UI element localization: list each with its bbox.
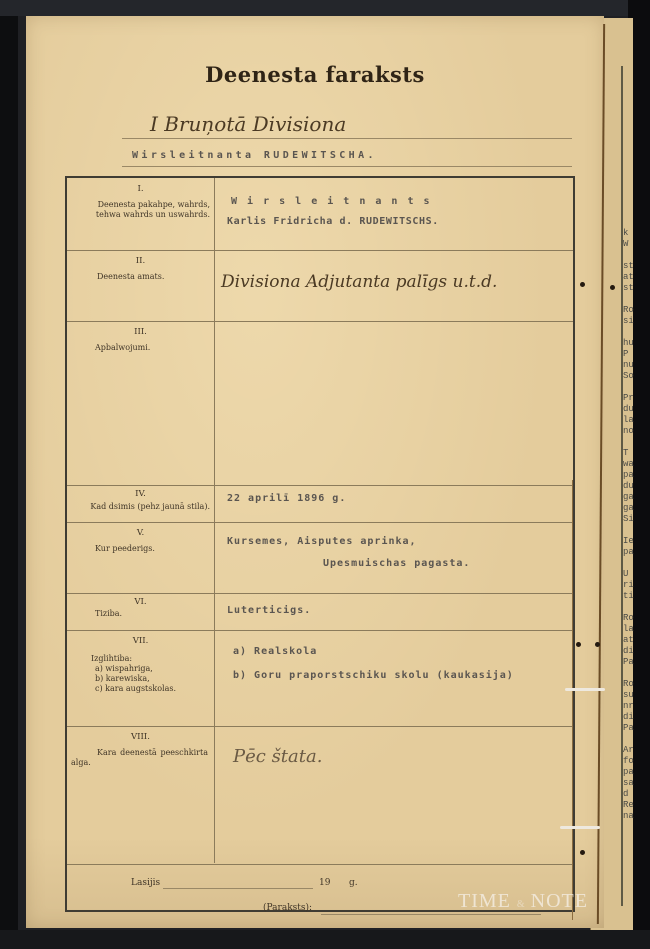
binding-hole [580, 282, 585, 287]
row-value: Pēc štata. [215, 726, 573, 864]
row-label: VIII. Kara deenestā peeschkirta alga. [67, 726, 214, 864]
row-label: VII. Izglihtiba: a) wispahriga, b) karew… [67, 630, 214, 726]
full-name-typed: Karlis Fridricha d. RUDEWITSCHS. [227, 216, 439, 227]
unit-underline [122, 138, 572, 139]
education-b-typed: b) Goru praporstschiku skolu (kaukasija) [233, 670, 514, 681]
binding-hole [576, 642, 581, 647]
form-row-2: II. Deenesta amats. Divisiona Adjutanta … [67, 250, 573, 322]
domicile-line-1-typed: Kursemes, Aisputes aprinka, [227, 536, 417, 547]
year-suffix: g. [349, 878, 358, 888]
row-label: V. Kur peederigs. [67, 522, 214, 593]
row-label-text: Kara deenestā peeschkirta alga. [67, 742, 214, 768]
binding-hole [580, 850, 585, 855]
row-label: II. Deenesta amats. [67, 250, 214, 321]
birth-date-typed: 22 aprilī 1896 g. [227, 493, 346, 504]
education-sub-label-a: a) wispahriga, [67, 664, 214, 674]
document-title: Deenesta faraksts [26, 62, 604, 87]
row-label-text: Deenesta pakahpe, wahrds, tehwa wahrds u… [67, 194, 214, 220]
signature-label: (Paraksts): [263, 903, 312, 913]
rank-typed: W i r s l e i t n a n t s [231, 196, 432, 207]
binding-thread [560, 826, 600, 829]
row-value: a) Realskola b) Goru praporstschiku skol… [215, 630, 573, 726]
row-value: Divisiona Adjutanta palīgs u.t.d. [215, 250, 573, 321]
row-label-text: Kad dsimis (pehz jaunā stila). [67, 499, 214, 512]
row-number: V. [67, 528, 214, 538]
education-sub-label-c: c) kara augstskolas. [67, 684, 214, 694]
domicile-line-2-typed: Upesmuischas pagasta. [323, 558, 470, 569]
position-handwritten: Divisiona Adjutanta palīgs u.t.d. [221, 272, 497, 292]
row-number: VI. [67, 597, 214, 607]
form-row-3: III. Apbalwojumi. [67, 321, 573, 486]
row-value: Luterticigs. [215, 593, 573, 630]
row-label: IV. Kad dsimis (pehz jaunā stila). [67, 485, 214, 522]
service-record-form: I. Deenesta pakahpe, wahrds, tehwa wahrd… [65, 176, 575, 912]
row-number: II. [67, 256, 214, 266]
row-number: IV. [67, 489, 214, 499]
row-label-text: Deenesta amats. [67, 266, 214, 282]
binding-thread [565, 688, 605, 691]
watermark-sep: & [517, 899, 525, 910]
form-row-5: V. Kur peederigs. Kursemes, Aisputes apr… [67, 522, 573, 594]
page-fold-line [572, 480, 573, 920]
row-label-text: Kur peederigs. [67, 538, 214, 554]
scan-left-edge [0, 0, 18, 949]
form-row-6: VI. Tiziba. Luterticigs. [67, 593, 573, 631]
read-line [163, 888, 313, 889]
salary-handwritten: Pēc štata. [233, 746, 322, 767]
underlying-page-typed-text: k W st at st Ro si hu P nu So Pr du la n… [623, 228, 637, 822]
form-row-7: VII. Izglihtiba: a) wispahriga, b) karew… [67, 630, 573, 727]
row-label-text: Apbalwojumi. [67, 337, 214, 353]
row-number: I. [67, 184, 214, 194]
religion-typed: Luterticigs. [227, 605, 311, 616]
form-row-1: I. Deenesta pakahpe, wahrds, tehwa wahrd… [67, 178, 573, 251]
subject-line: Wirsleitnanta RUDEWITSCHA. [132, 150, 377, 161]
watermark-left: TIME [458, 890, 511, 912]
row-value: Kursemes, Aisputes aprinka, Upesmuischas… [215, 522, 573, 593]
subject-underline [122, 166, 572, 167]
education-a-typed: a) Realskola [233, 646, 317, 657]
scan-bottom-edge [0, 930, 650, 949]
row-label: III. Apbalwojumi. [67, 321, 214, 485]
watermark-right: NOTE [531, 890, 588, 912]
scan-top-edge [0, 0, 650, 16]
row-value: W i r s l e i t n a n t s Karlis Fridric… [215, 178, 573, 250]
row-number: VIII. [67, 732, 214, 742]
unit-handwritten: I Bruņotā Divisiona [150, 112, 346, 136]
row-number: VII. [67, 636, 214, 646]
row-label-text: Izglihtiba: [67, 646, 214, 664]
binding-hole [610, 285, 615, 290]
read-label: Lasijis [131, 878, 160, 888]
row-value: 22 aprilī 1896 g. [215, 485, 573, 522]
row-label: VI. Tiziba. [67, 593, 214, 630]
signature-line [321, 914, 541, 915]
binding-hole [595, 642, 600, 647]
row-number: III. [67, 327, 214, 337]
education-sub-label-b: b) karewiska, [67, 674, 214, 684]
row-value-empty [215, 321, 573, 485]
document-page: Deenesta faraksts I Bruņotā Divisiona Wi… [26, 16, 604, 928]
row-label-text: Tiziba. [67, 607, 214, 619]
year-prefix: 19 [319, 878, 330, 888]
form-row-4: IV. Kad dsimis (pehz jaunā stila). 22 ap… [67, 485, 573, 523]
row-label: I. Deenesta pakahpe, wahrds, tehwa wahrd… [67, 178, 214, 250]
watermark: TIME&NOTE [458, 890, 588, 913]
form-row-8: VIII. Kara deenestā peeschkirta alga. Pē… [67, 726, 573, 865]
